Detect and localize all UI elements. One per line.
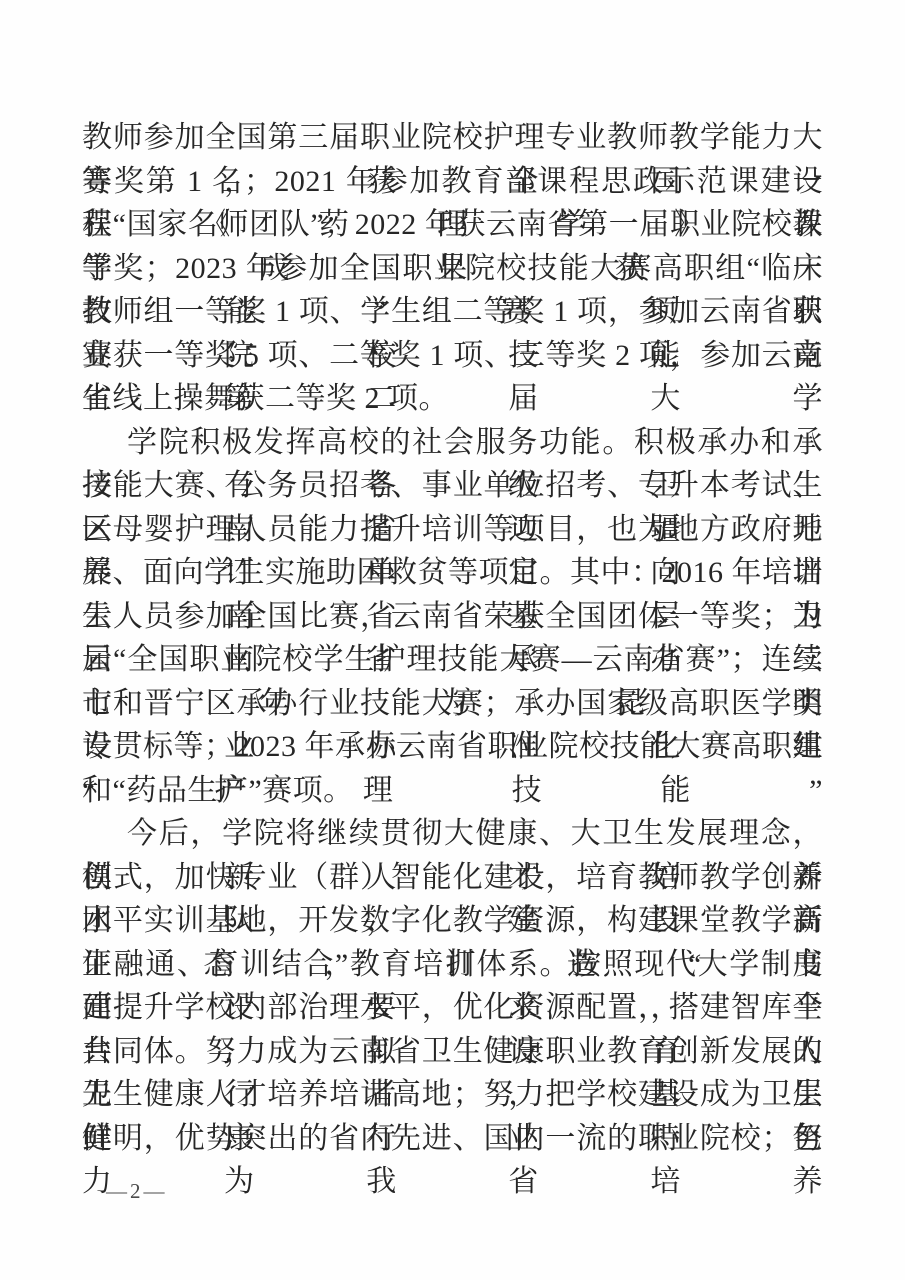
text-line: 证融通、育训结合”教育培训体系。按照现代大学制度建设要求，全	[82, 943, 823, 987]
text-line: 模式，加快专业（群）智能化建设，培育教师教学创新团队，建设高	[82, 856, 823, 900]
text-line: 等奖第 1 名；2021 年参加教育部课程思政示范课建设获《药理学》课	[82, 160, 823, 204]
document-page: 教师参加全国第三届职业院校护理专业教师教学能力大赛，获全国一 等奖第 1 名；2…	[0, 0, 905, 1280]
text-line: 设贯标等；2023 年承办云南省职业院校技能大赛高职组“护理技能”	[82, 725, 823, 769]
text-line: 区母婴护理人员能力提升培训等项目，也为地方政府开展订单定向培	[82, 508, 823, 552]
text-line: 生人员参加全国比赛，云南省荣获全国团体一等奖；为云南省承办三	[82, 595, 823, 639]
text-line: 水平实训基地，开发数字化教学资源，构建课堂教学新生态，打造“书	[82, 899, 823, 943]
page-number: —2—	[106, 1178, 168, 1204]
text-line: 面提升学校内部治理水平，优化资源配置，搭建智库平台，拟设育人	[82, 986, 823, 1030]
text-line: 市和晋宁区承办行业技能大赛；承办国家级高职医学类专业标准化建	[82, 682, 823, 726]
text-line: 等奖；2023 年参加全国职业院校技能大赛高职组“临床技能”赛项获	[82, 247, 823, 291]
text-line: 届“全国职业院校学生护理技能大赛—云南省赛”；连续七年为昆明	[82, 638, 823, 682]
text-block: 教师参加全国第三届职业院校护理专业教师教学能力大赛，获全国一 等奖第 1 名；2…	[82, 116, 823, 1160]
text-line: 学院积极发挥高校的社会服务功能。积极承办和承接有各级卫生	[82, 421, 823, 465]
text-line: 教师组一等奖 1 项、学生组二等奖 1 项，参加云南省职业院校技能竞	[82, 290, 823, 334]
text-line: 赛获一等奖 5 项、二等奖 1 项、三等奖 2 项，参加云南省第二届大学	[82, 334, 823, 378]
text-line: 教师参加全国第三届职业院校护理专业教师教学能力大赛，获全国一	[82, 116, 823, 160]
text-line: 卫生健康人才培养培训高地；努力把学校建设成为卫生健康行业特色	[82, 1073, 823, 1117]
text-line: 今后，学院将继续贯彻大健康、大卫生发展理念，创新人才培养	[82, 812, 823, 856]
text-line: 共同体。努力成为云南省卫生健康职业教育创新发展的先行者，基层	[82, 1030, 823, 1074]
text-line: 技能大赛、公务员招考、事业单位招考、专升本考试、云南省边疆地	[82, 464, 823, 508]
text-line: 程“国家名师团队”；2022 年获云南省第一届职业院校教学成果获一	[82, 203, 823, 247]
text-line: 鲜明，优势突出的省内先进、国内一流的职业院校；努力为我省培养	[82, 1117, 823, 1161]
text-line: 养、面向学生实施助困救贫等项目。其中：2016 年培训云南省基层卫	[82, 551, 823, 595]
